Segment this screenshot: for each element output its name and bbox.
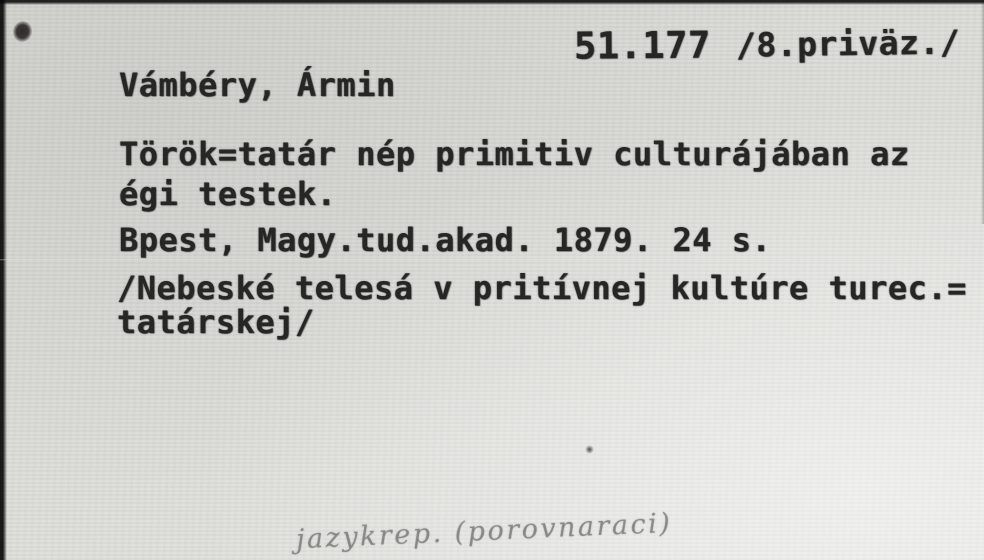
shelf-annotation: /8.priväz./ [736,22,961,64]
imprint-line: Bpest, Magy.tud.akad. 1879. 24 s. [119,221,771,259]
handwritten-pencil-note: jazykrep. (porovnaraci) [296,508,673,555]
scan-edge-top [0,0,984,5]
title-line-1: Török=tatár nép primitiv culturájában az [119,135,910,173]
call-number: 51.177 [574,24,711,68]
hole-punch-mark [11,19,34,43]
catalog-card: 51.177 /8.priväz./ Vámbéry, Ármin Török=… [0,0,984,560]
translated-title-line-2: tatárskej/ [117,303,315,341]
translated-title-line-1: /Nebeské telesá v pritívnej kultúre ture… [117,269,967,307]
paper-crease [0,259,984,261]
author-heading: Vámbéry, Ármin [119,66,396,104]
scan-edge-left [0,0,7,560]
ink-speck [585,445,594,454]
title-line-2: égi testek. [119,175,336,213]
